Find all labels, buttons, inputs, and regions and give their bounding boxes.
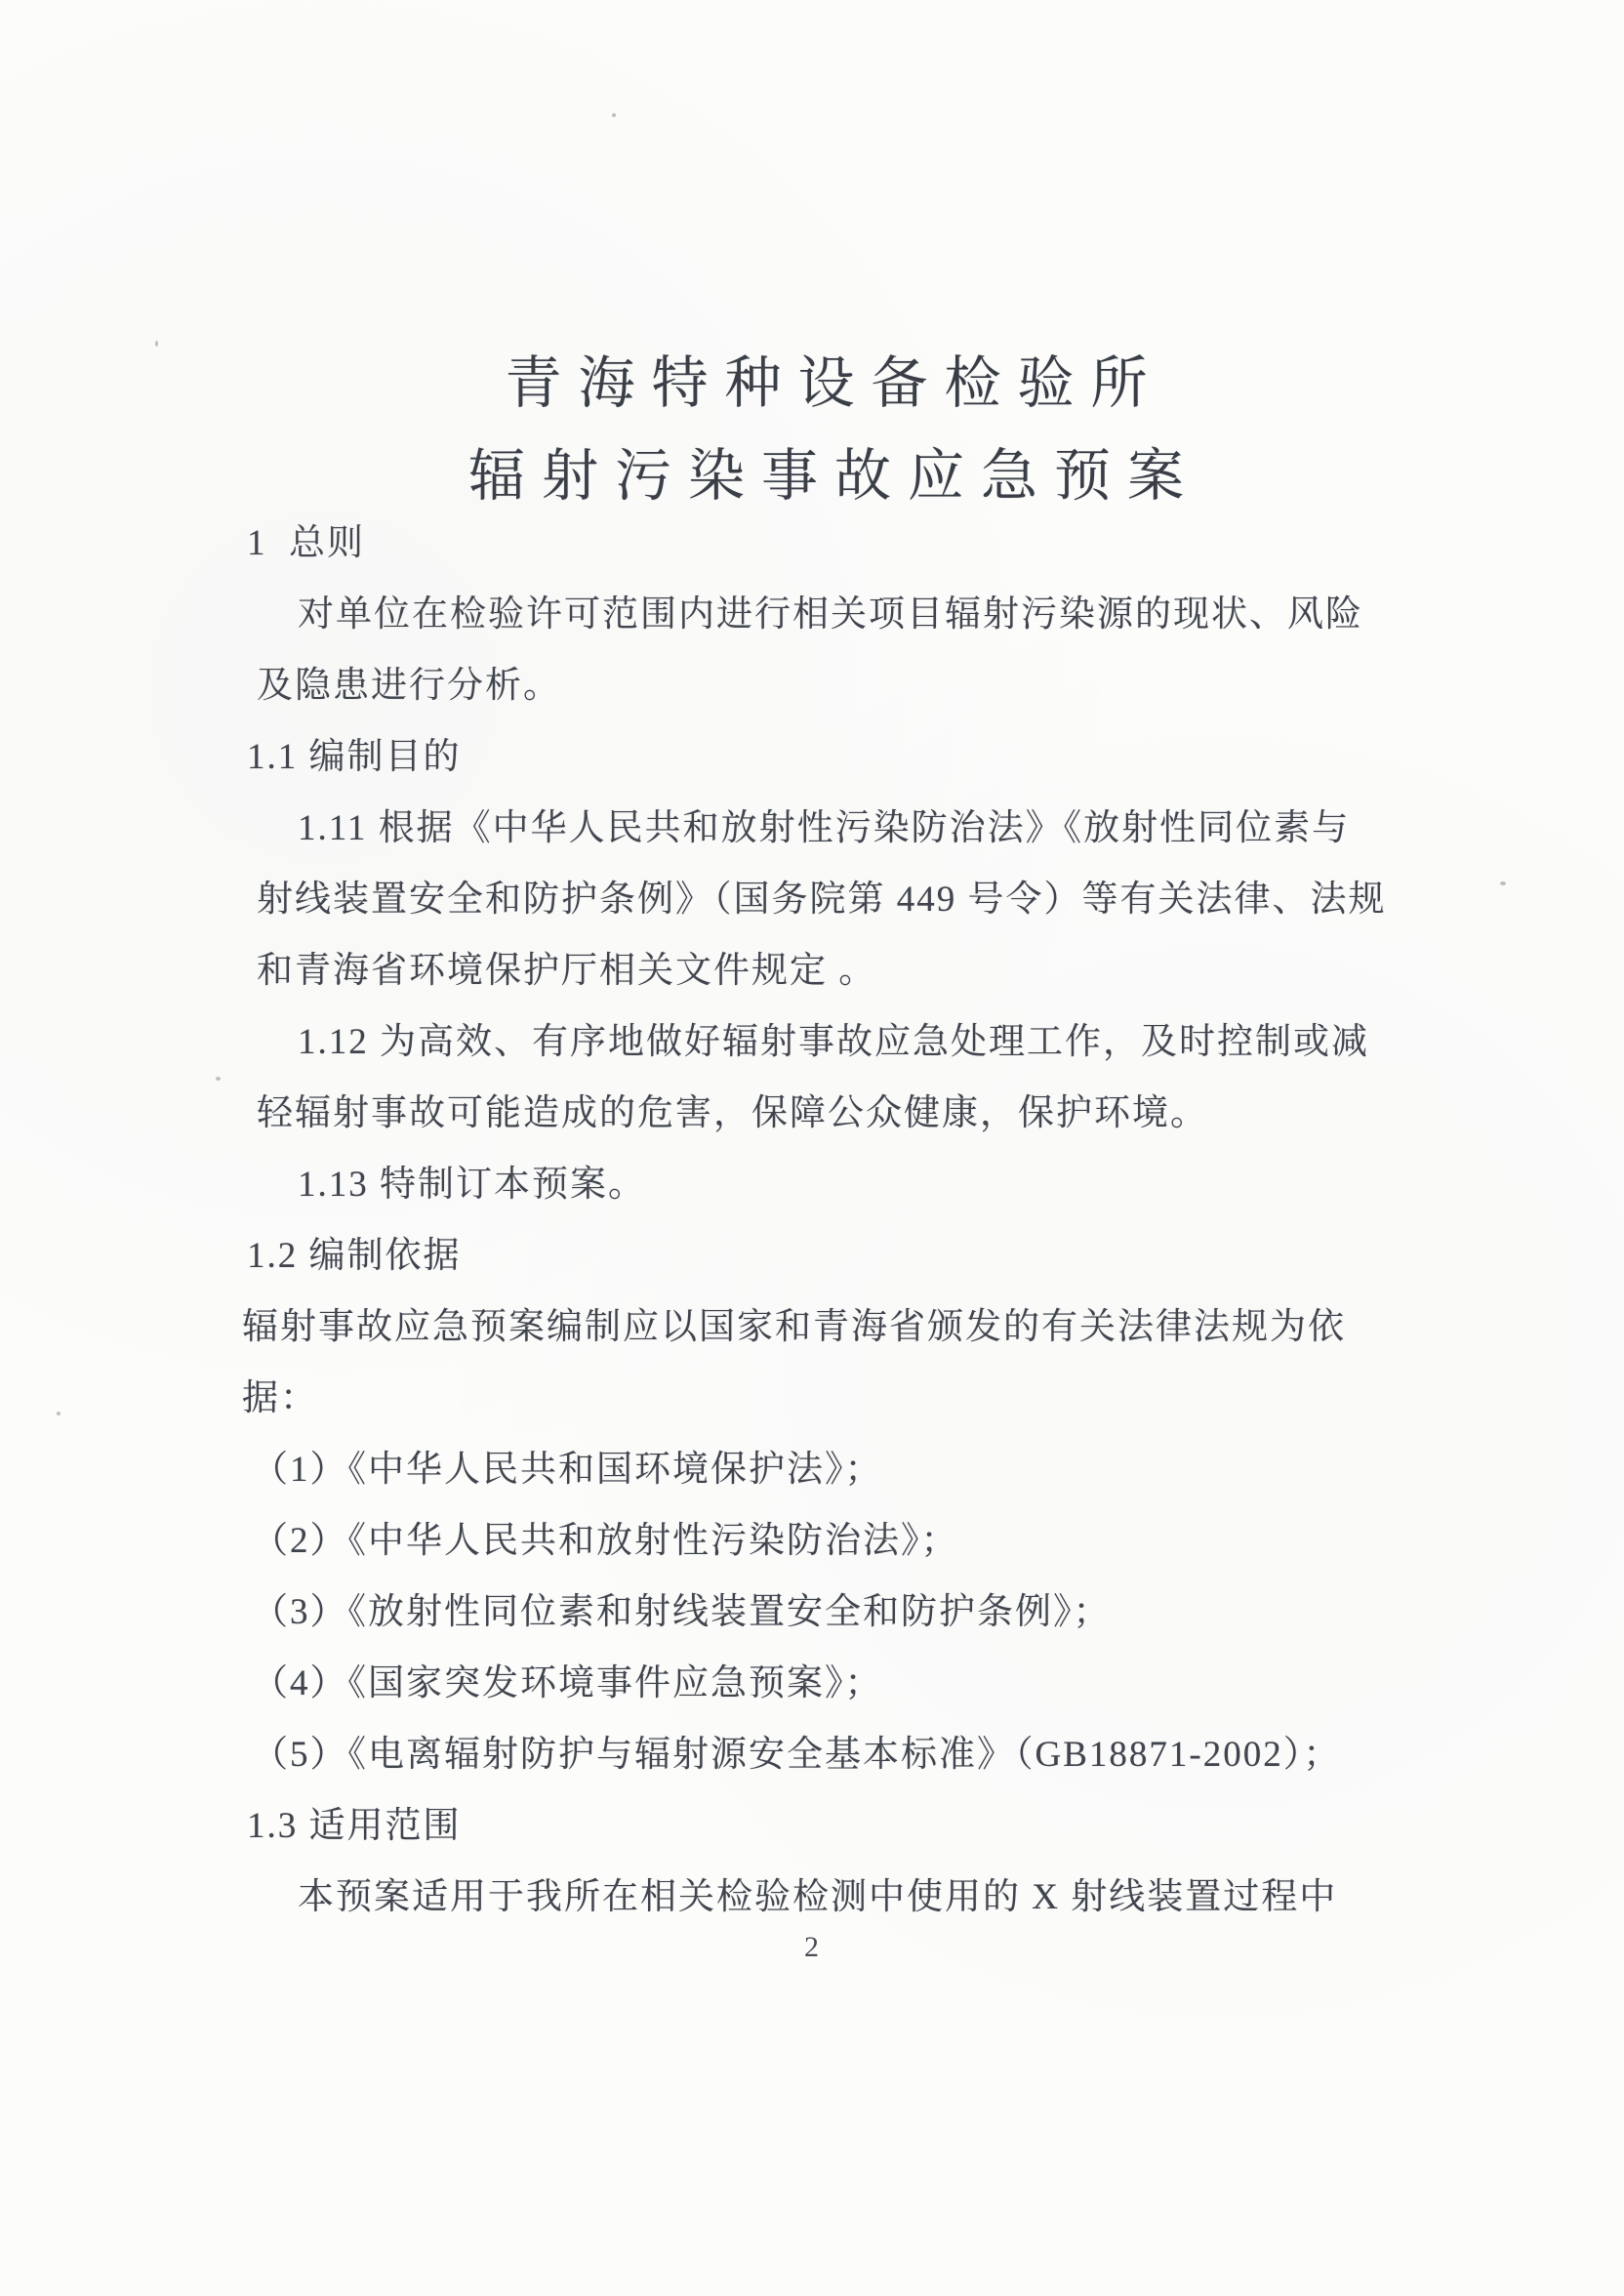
paragraph-line: 射线装置安全和防护条例》（国务院第 449 号令）等有关法律、法规 — [0, 864, 1624, 935]
section-heading-1-1: 1.1 编制目的 — [0, 721, 1624, 793]
section-heading-1-2: 1.2 编制依据 — [0, 1220, 1624, 1291]
reference-list-item-3: （3）《放射性同位素和射线装置安全和防护条例》； — [0, 1577, 1624, 1648]
paragraph-line: 和青海省环境保护厅相关文件规定 。 — [0, 935, 1624, 1006]
paragraph-line: 据： — [0, 1363, 1624, 1434]
paragraph-line: 对单位在检验许可范围内进行相关项目辐射污染源的现状、风险 — [0, 579, 1624, 650]
paragraph-line: 1.12 为高效、有序地做好辐射事故应急处理工作，及时控制或减 — [0, 1006, 1624, 1078]
reference-list-item-1: （1）《中华人民共和国环境保护法》； — [0, 1434, 1624, 1505]
section-heading-1: 1 总则 — [0, 508, 1624, 579]
document-body: 1 总则 对单位在检验许可范围内进行相关项目辐射污染源的现状、风险 及隐患进行分… — [0, 508, 1624, 1933]
document-title-line1: 青海特种设备检验所 — [54, 337, 1615, 430]
reference-list-item-2: （2）《中华人民共和放射性污染防治法》； — [0, 1505, 1624, 1577]
section-heading-1-3: 1.3 适用范围 — [0, 1790, 1624, 1862]
reference-list-item-4: （4）《国家突发环境事件应急预案》； — [0, 1648, 1624, 1719]
document-title: 青海特种设备检验所 辐射污染事故应急预案 — [54, 337, 1615, 522]
page-number: 2 — [0, 1931, 1624, 1964]
reference-list-item-5: （5）《电离辐射防护与辐射源安全基本标准》（GB18871-2002）； — [0, 1719, 1624, 1790]
paragraph-line: 1.11 根据《中华人民共和放射性污染防治法》《放射性同位素与 — [0, 793, 1624, 864]
paragraph-line: 及隐患进行分析。 — [0, 650, 1624, 721]
scan-speckle — [612, 113, 616, 117]
paragraph-line: 辐射事故应急预案编制应以国家和青海省颁发的有关法律法规为依 — [0, 1291, 1624, 1363]
paragraph-line: 本预案适用于我所在相关检验检测中使用的 X 射线装置过程中 — [0, 1862, 1624, 1933]
scanned-document-page: 青海特种设备检验所 辐射污染事故应急预案 1 总则 对单位在检验许可范围内进行相… — [0, 0, 1624, 2296]
paragraph-line: 轻辐射事故可能造成的危害，保障公众健康，保护环境。 — [0, 1078, 1624, 1149]
paragraph-line: 1.13 特制订本预案。 — [0, 1149, 1624, 1220]
